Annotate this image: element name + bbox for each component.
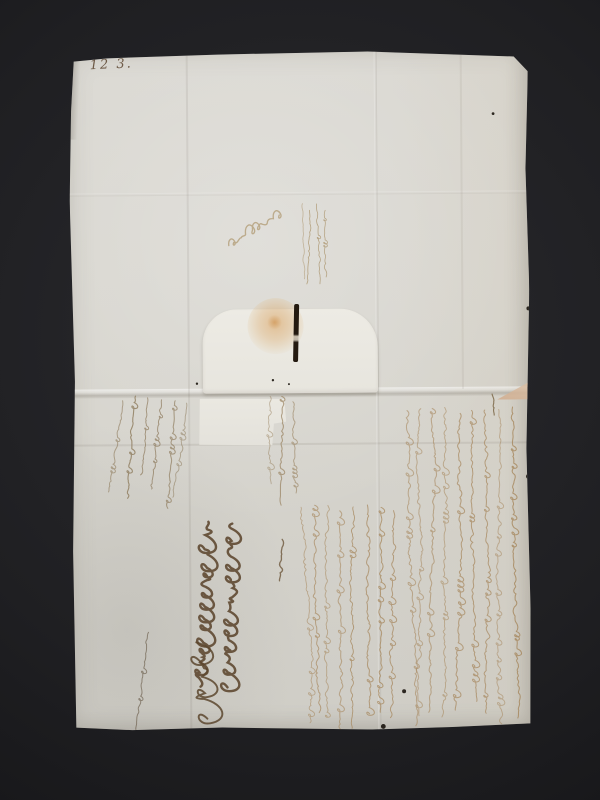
script-block-signature-flourish — [185, 640, 225, 726]
script-block-top-note-lines — [302, 204, 329, 285]
folded-corner — [497, 381, 530, 399]
script-block-left-docket — [107, 394, 190, 509]
script-block-left-rubric-line — [134, 632, 152, 730]
archival-page-number: 12 3. — [89, 56, 133, 73]
torn-corner-shadow — [65, 59, 81, 139]
paper-defect — [402, 689, 406, 693]
fold-crease-horizontal-lower — [70, 441, 530, 446]
manuscript-photo: 12 3. — [0, 0, 600, 800]
paper-defect — [526, 474, 531, 479]
paper-defect — [196, 383, 198, 385]
script-block-main-text-upper — [405, 407, 523, 726]
script-block-side-note — [279, 539, 284, 581]
script-block-top-note-flourish — [225, 208, 283, 249]
fold-crease-horizontal-upper — [69, 190, 529, 196]
fold-crease-vertical-right — [460, 49, 464, 389]
paper-defect — [526, 306, 530, 310]
letter-paper: 12 3. — [68, 48, 533, 731]
paper-defect — [492, 112, 495, 115]
fold-crease-vertical-left — [186, 51, 193, 731]
paper-defect — [381, 724, 386, 729]
letter-flap-lower — [198, 398, 286, 446]
script-block-corner-mark — [491, 394, 496, 415]
script-block-main-text-lower — [300, 505, 400, 732]
script-block-address-signature — [193, 521, 245, 691]
